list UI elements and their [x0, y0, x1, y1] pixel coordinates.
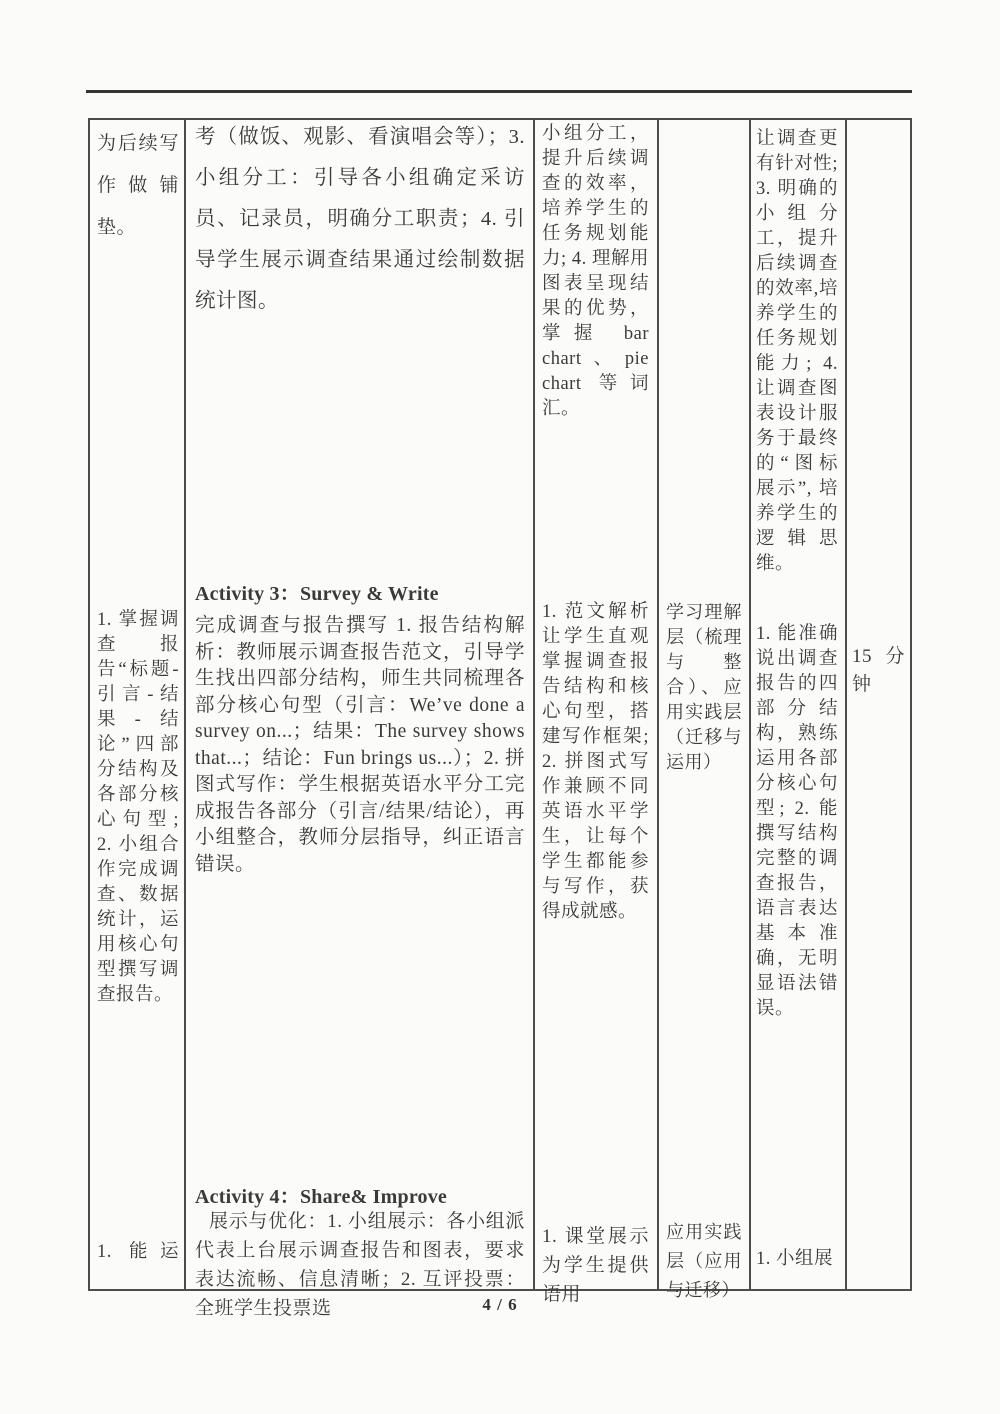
- page-number: 4 / 6: [0, 1295, 1000, 1315]
- document-page: 为后续写作做铺垫。 1. 掌握调查报告“标题-引言-结果-结论”四部分结构及各部…: [0, 0, 1000, 1414]
- design-intent-mid-text: 1. 范文解析让学生直观掌握调查报告结构和核心句型，搭建写作框架; 2. 拼图式…: [542, 600, 649, 925]
- table-vline: [184, 120, 186, 1289]
- objectives-bottom-text: 1. 能运: [97, 1240, 179, 1265]
- activity3-heading: Activity 3：Survey & Write: [195, 577, 525, 606]
- activity3-body-text: 完成调查与报告撰写 1. 报告结构解析：教师展示调查报告范文，引导学生找出四部分…: [195, 613, 525, 878]
- table-vline: [749, 120, 751, 1289]
- table-vline: [657, 120, 659, 1289]
- design-intent-top-text: 小组分工，提升后续调查的效率，培养学生的任务规划能力; 4. 理解用图表呈现结果…: [542, 122, 649, 422]
- activity4-heading: Activity 4：Share& Improve: [195, 1180, 525, 1209]
- activities-top-text: 考（做饭、观影、看演唱会等）；3. 小组分工：引导各小组确定采访员、记录员，明确…: [195, 117, 525, 322]
- header-rule: [86, 90, 912, 93]
- evaluation-bottom-text: 1. 小组展: [756, 1247, 838, 1272]
- table-vline: [845, 120, 847, 1289]
- level-bottom-text: 应用实践层（应用与迁移）: [666, 1218, 742, 1305]
- objectives-mid-text: 1. 掌握调查报告“标题-引言-结果-结论”四部分结构及各部分核心句型; 2. …: [97, 608, 179, 1008]
- objectives-top-text: 为后续写作做铺垫。: [97, 123, 179, 249]
- evaluation-mid-text: 1. 能准确说出调查报告的四部分结构，熟练运用各部分核心句型; 2. 能撰写结构…: [756, 622, 838, 1022]
- table-vline: [533, 120, 535, 1289]
- evaluation-top-text: 让调查更有针对性; 3. 明确的小组分工，提升后续调查的效率,培养学生的任务规划…: [756, 127, 838, 577]
- time-text: 15 分钟: [852, 643, 905, 699]
- level-mid-text: 学习理解层（梳理与整合）、应用实践层（迁移与运用）: [666, 600, 742, 775]
